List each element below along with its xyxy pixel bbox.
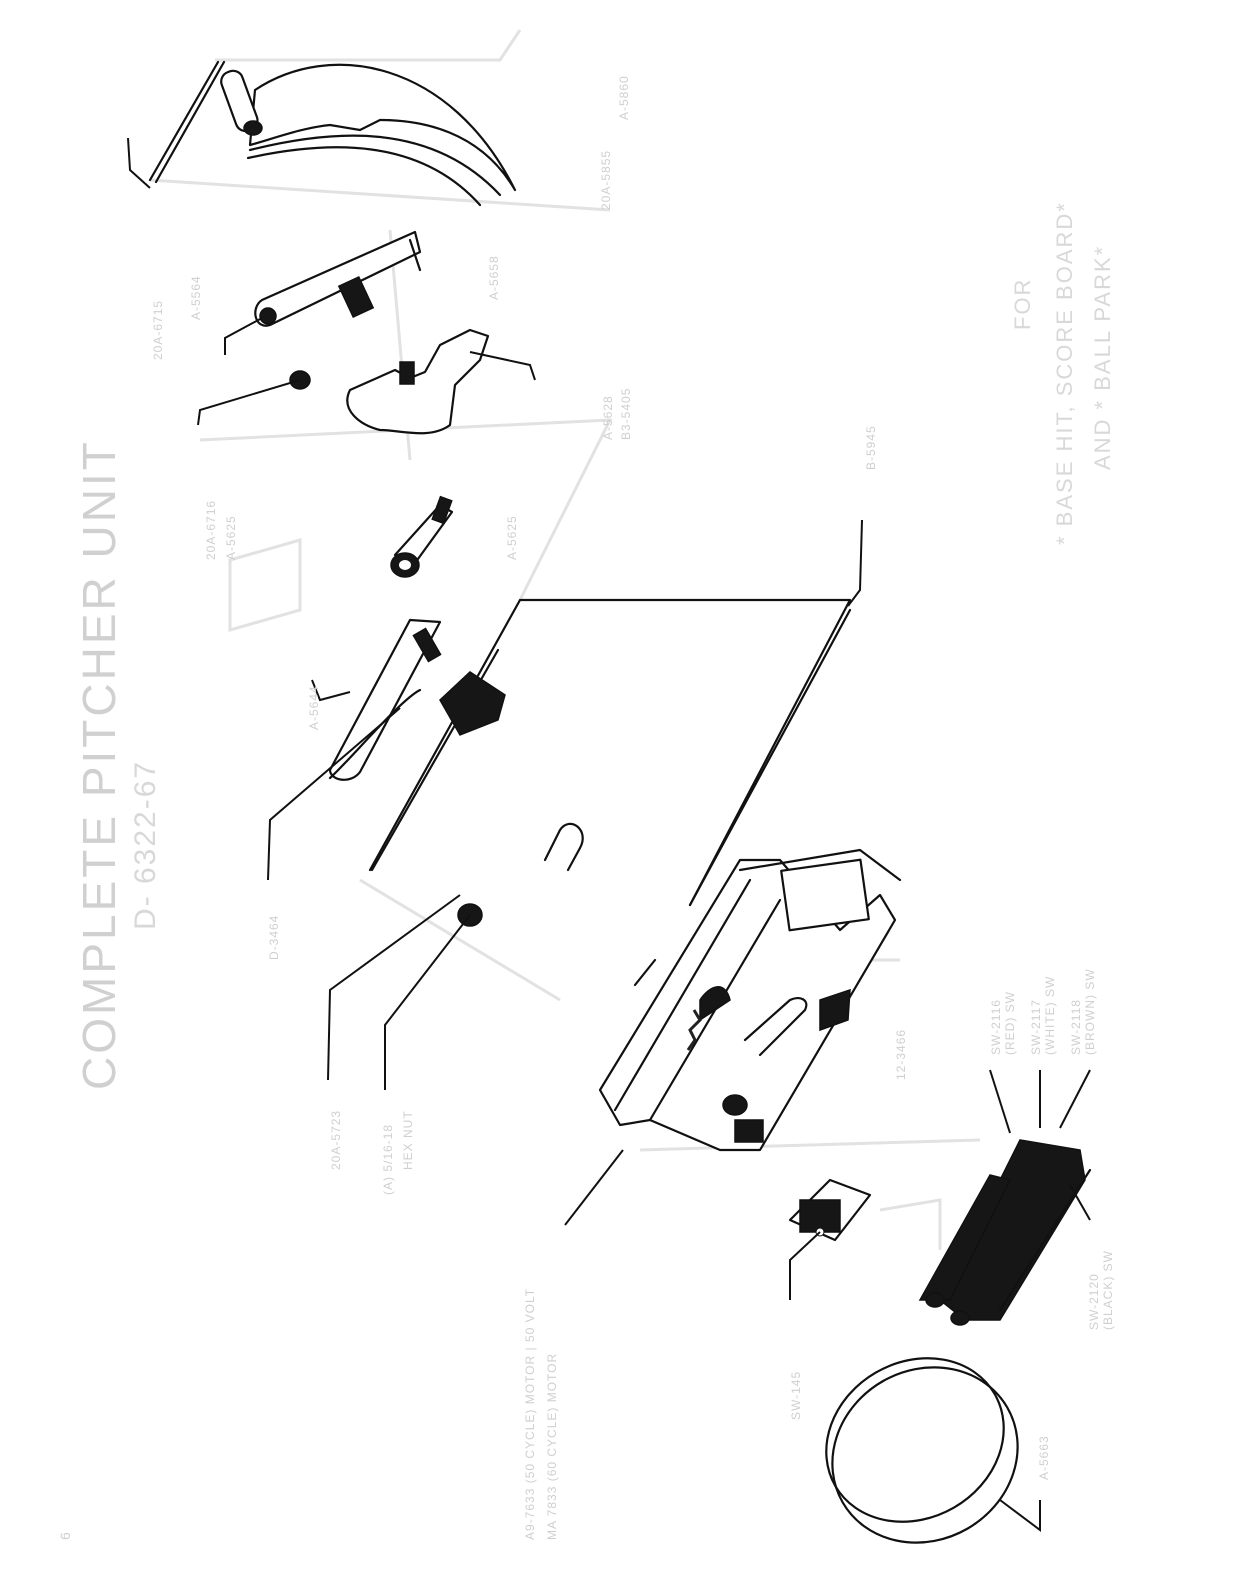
label-trip-part: A-5628: [601, 395, 615, 440]
label-switch-b-note: (WHITE) SW: [1043, 976, 1057, 1055]
label-plate-cam: A-5625: [505, 515, 519, 560]
label-bracket-part: 12-3466: [894, 1029, 908, 1080]
label-switch-c-note: (BROWN) SW: [1083, 968, 1097, 1055]
label-cam-part: A-5625: [224, 515, 238, 560]
label-pitch-arm: A-5658: [487, 255, 501, 300]
document-title: COMPLETE PITCHER UNIT: [73, 439, 125, 1090]
switch-block: [790, 1180, 870, 1240]
label-nut-part: (A) 5/16-18: [381, 1124, 395, 1195]
label-curve-part-2: 20A-5855: [599, 150, 613, 210]
label-switch-part: SW-145: [789, 1371, 803, 1420]
document-number: D- 6322-67: [129, 760, 162, 930]
note-block: FOR: [1010, 278, 1035, 330]
label-curve-part-1: A-5860: [617, 75, 631, 120]
label-switch-a: SW-2116: [989, 999, 1003, 1055]
construction-lines: [150, 30, 980, 1250]
label-switch-d: SW-2120: [1087, 1273, 1101, 1330]
leader-lines: [128, 138, 1090, 1530]
label-disc-part: A-5663: [1037, 1435, 1051, 1480]
label-lever-part: D-3464: [267, 915, 281, 960]
label-shaft-part: 20A-5723: [329, 1110, 343, 1170]
title-block: COMPLETE PITCHER UNIT D- 6322-67: [73, 439, 162, 1090]
label-plate-part: B-5945: [864, 425, 878, 470]
label-switch-a-note: (RED) SW: [1003, 991, 1017, 1055]
label-switch-b: SW-2117: [1029, 999, 1043, 1055]
label-spring-part: A-5644: [307, 685, 321, 730]
label-switch-c: SW-2118: [1069, 999, 1083, 1055]
page-number: 6: [57, 1531, 73, 1540]
label-nut-note: HEX NUT: [401, 1110, 415, 1170]
label-arm-part-1: 20A-6715: [151, 300, 165, 360]
label-motor-line-2: MA 7833 (60 CYCLE) MOTOR: [545, 1353, 559, 1540]
note-ballpark: AND * BALL PARK*: [1090, 245, 1115, 470]
pulley-disc: [796, 1326, 1049, 1576]
exploded-parts-diagram: COMPLETE PITCHER UNIT D- 6322-67 FOR * B…: [0, 0, 1236, 1594]
label-cam-label-a: 20A-6716: [204, 500, 218, 560]
trip-crank: [391, 497, 452, 577]
svg-text:6: 6: [57, 1531, 73, 1540]
motor-bracket: [600, 850, 900, 1150]
cam-lever: [347, 330, 488, 433]
note-for: FOR: [1010, 278, 1035, 330]
label-trip-note: B3-5405: [619, 388, 633, 440]
plate-bracket: [413, 629, 505, 735]
note-block-3: AND * BALL PARK*: [1090, 245, 1115, 470]
note-games: * BASE HIT, SCORE BOARD*: [1052, 201, 1077, 545]
label-motor-line-1: A9-7633 (50 CYCLE) MOTOR | 50 VOLT: [523, 1288, 537, 1540]
label-switch-d-note: (BLACK) SW: [1101, 1250, 1115, 1330]
note-block-2: * BASE HIT, SCORE BOARD*: [1052, 201, 1077, 545]
switch-stack: [920, 1140, 1090, 1325]
label-arm-part-2: A-5564: [189, 275, 203, 320]
